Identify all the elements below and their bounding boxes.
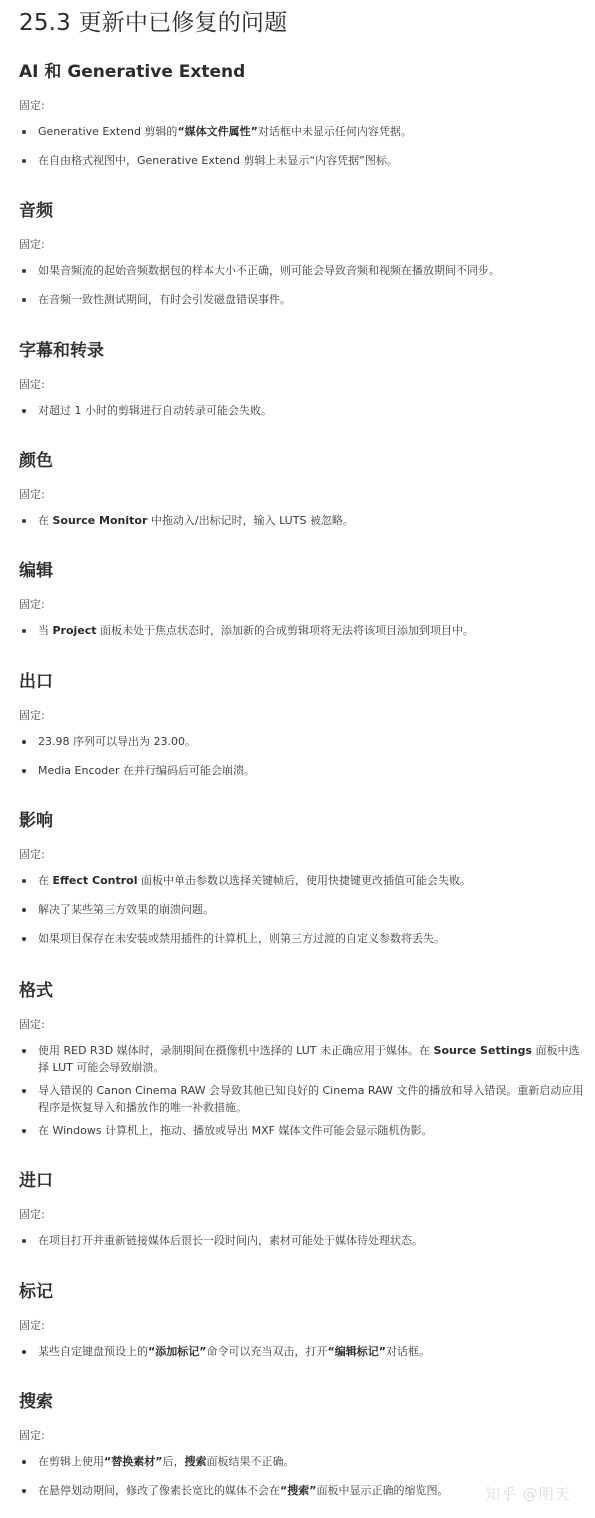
fixed-label: 固定:: [19, 1319, 45, 1333]
list-item: 23.98 序列可以导出为 23.00。: [19, 733, 584, 750]
list-item: 解决了某些第三方效果的崩溃问题。: [19, 901, 584, 918]
fix-list: 在 Effect Control 面板中单击参数以选择关键帧后，使用快捷键更改插…: [19, 872, 584, 959]
fixed-label: 固定:: [19, 1018, 45, 1032]
list-item: 在 Windows 计算机上，拖动、播放或导出 MXF 媒体文件可能会显示随机伪…: [19, 1122, 584, 1139]
fixed-label: 固定:: [19, 598, 45, 612]
list-item: 使用 RED R3D 媒体时，录制期间在摄像机中选择的 LUT 未正确应用于媒体…: [19, 1042, 584, 1076]
section-heading: 搜索: [19, 1391, 589, 1413]
section-heading: AI 和 Generative Extend: [19, 61, 589, 83]
list-item: 某些自定键盘预设上的“添加标记”命令可以充当双击，打开“编辑标记”对话框。: [19, 1343, 584, 1360]
watermark: 知乎 @明天: [485, 1483, 571, 1504]
fix-list: Generative Extend 剪辑的“媒体文件属性”对话框中未显示任何内容…: [19, 123, 584, 181]
section-heading: 影响: [19, 810, 589, 832]
section-heading: 颜色: [19, 450, 589, 472]
section-heading: 编辑: [19, 560, 589, 582]
list-item: 在自由格式视图中，Generative Extend 剪辑上未显示“内容凭据”图…: [19, 152, 584, 169]
section-heading: 标记: [19, 1281, 589, 1303]
fix-list: 在 Source Monitor 中拖动入/出标记时，输入 LUTS 被忽略。: [19, 512, 584, 541]
list-item: 对超过 1 小时的剪辑进行自动转录可能会失败。: [19, 402, 584, 419]
fixed-label: 固定:: [19, 378, 45, 392]
section-heading: 格式: [19, 980, 589, 1002]
section-heading: 进口: [19, 1170, 589, 1192]
fixed-label: 固定:: [19, 238, 45, 252]
fixed-label: 固定:: [19, 848, 45, 862]
section-captions-transcription: 字幕和转录 固定: 对超过 1 小时的剪辑进行自动转录可能会失败。: [19, 340, 589, 362]
fixed-label: 固定:: [19, 99, 45, 113]
section-effects: 影响 固定: 在 Effect Control 面板中单击参数以选择关键帧后，使…: [19, 810, 589, 832]
section-formats: 格式 固定: 使用 RED R3D 媒体时，录制期间在摄像机中选择的 LUT 未…: [19, 980, 589, 1002]
section-export: 出口 固定: 23.98 序列可以导出为 23.00。 Media Encode…: [19, 671, 589, 693]
fix-list: 当 Project 面板未处于焦点状态时，添加新的合成剪辑项将无法将该项目添加到…: [19, 622, 584, 651]
fix-list: 如果音频流的起始音频数据包的样本大小不正确，则可能会导致音频和视频在播放期间不同…: [19, 262, 584, 320]
fix-list: 使用 RED R3D 媒体时，录制期间在摄像机中选择的 LUT 未正确应用于媒体…: [19, 1042, 584, 1151]
fix-list: 23.98 序列可以导出为 23.00。 Media Encoder 在并行编码…: [19, 733, 584, 791]
section-ai-generative-extend: AI 和 Generative Extend 固定: Generative Ex…: [19, 61, 589, 83]
list-item: 如果音频流的起始音频数据包的样本大小不正确，则可能会导致音频和视频在播放期间不同…: [19, 262, 584, 279]
fix-list: 某些自定键盘预设上的“添加标记”命令可以充当双击，打开“编辑标记”对话框。: [19, 1343, 584, 1372]
section-heading: 字幕和转录: [19, 340, 589, 362]
list-item: 在 Source Monitor 中拖动入/出标记时，输入 LUTS 被忽略。: [19, 512, 584, 529]
list-item: Media Encoder 在并行编码后可能会崩溃。: [19, 762, 584, 779]
fixed-label: 固定:: [19, 1208, 45, 1222]
fixed-label: 固定:: [19, 709, 45, 723]
list-item: 在音频一致性测试期间，有时会引发磁盘错误事件。: [19, 291, 584, 308]
section-audio: 音频 固定: 如果音频流的起始音频数据包的样本大小不正确，则可能会导致音频和视频…: [19, 200, 589, 222]
section-search: 搜索 固定: 在剪辑上使用“替换素材”后，搜索面板结果不正确。 在悬停划动期间，…: [19, 1391, 589, 1413]
list-item: 导入错误的 Canon Cinema RAW 会导致其他已知良好的 Cinema…: [19, 1082, 584, 1116]
list-item: 在 Effect Control 面板中单击参数以选择关键帧后，使用快捷键更改插…: [19, 872, 584, 889]
section-heading: 出口: [19, 671, 589, 693]
list-item: 在剪辑上使用“替换素材”后，搜索面板结果不正确。: [19, 1453, 584, 1470]
section-markers: 标记 固定: 某些自定键盘预设上的“添加标记”命令可以充当双击，打开“编辑标记”…: [19, 1281, 589, 1303]
section-heading: 音频: [19, 200, 589, 222]
list-item: Generative Extend 剪辑的“媒体文件属性”对话框中未显示任何内容…: [19, 123, 584, 140]
list-item: 当 Project 面板未处于焦点状态时，添加新的合成剪辑项将无法将该项目添加到…: [19, 622, 584, 639]
section-import: 进口 固定: 在项目打开并重新链接媒体后很长一段时间内，素材可能处于媒体待处理状…: [19, 1170, 589, 1192]
page-title: 25.3 更新中已修复的问题: [19, 4, 287, 37]
fix-list: 对超过 1 小时的剪辑进行自动转录可能会失败。: [19, 402, 584, 431]
list-item: 如果项目保存在未安装或禁用插件的计算机上，则第三方过渡的自定义参数将丢失。: [19, 930, 584, 947]
list-item: 在项目打开并重新链接媒体后很长一段时间内，素材可能处于媒体待处理状态。: [19, 1232, 584, 1249]
fixed-label: 固定:: [19, 488, 45, 502]
fixed-label: 固定:: [19, 1429, 45, 1443]
section-color: 颜色 固定: 在 Source Monitor 中拖动入/出标记时，输入 LUT…: [19, 450, 589, 472]
section-editing: 编辑 固定: 当 Project 面板未处于焦点状态时，添加新的合成剪辑项将无法…: [19, 560, 589, 582]
fix-list: 在项目打开并重新链接媒体后很长一段时间内，素材可能处于媒体待处理状态。: [19, 1232, 584, 1261]
